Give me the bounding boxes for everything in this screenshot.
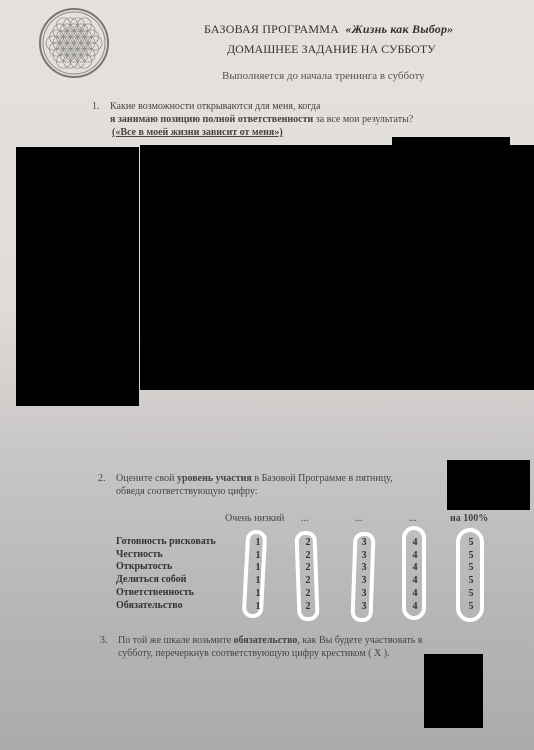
redaction-block bbox=[140, 145, 534, 390]
question-2-line-1: Оцените свой уровень участия в Базовой П… bbox=[116, 472, 393, 485]
scale-header-low: Очень низкий bbox=[225, 513, 284, 524]
redaction-block bbox=[16, 147, 139, 406]
scale-header-dots: ... bbox=[409, 513, 417, 524]
question-3-line-1: По той же шкале возьмите обязательство, … bbox=[118, 634, 423, 647]
redaction-block bbox=[447, 460, 530, 510]
question-3-line-2: субботу, перечеркнув соответствующую циф… bbox=[118, 647, 423, 660]
rating-column-2[interactable]: 222222 bbox=[302, 537, 314, 613]
rating-labels: Готовность рисковать Честность Открытост… bbox=[116, 536, 216, 612]
rating-column-4[interactable]: 444444 bbox=[409, 537, 421, 613]
scale-header-dots: ... bbox=[355, 513, 363, 524]
redaction-block bbox=[392, 137, 510, 167]
rating-label: Честность bbox=[116, 549, 216, 562]
question-2-line-2: обведя соответствующую цифру: bbox=[116, 485, 393, 498]
rating-column-1[interactable]: 111111 bbox=[252, 537, 264, 613]
question-1-line-2: я занимаю позицию полной ответственности… bbox=[110, 113, 413, 126]
rating-label: Обязательство bbox=[116, 600, 216, 613]
scale-header-dots: ... bbox=[301, 513, 309, 524]
scale-header-high: на 100% bbox=[450, 513, 488, 524]
question-1-line-1: Какие возможности открываются для меня, … bbox=[110, 100, 413, 113]
question-1-quote: («Все в моей жизни зависит от меня») bbox=[110, 126, 413, 139]
rating-label: Ответственность bbox=[116, 587, 216, 600]
rating-column-3[interactable]: 333333 bbox=[358, 537, 370, 613]
rating-label: Открытость bbox=[116, 561, 216, 574]
flower-of-life-icon bbox=[38, 7, 110, 79]
redaction-block bbox=[424, 654, 483, 728]
rating-label: Делиться собой bbox=[116, 574, 216, 587]
subtitle: Выполняется до начала тренинга в субботу bbox=[222, 70, 425, 82]
assignment-title: ДОМАШНЕЕ ЗАДАНИЕ НА СУББОТУ bbox=[227, 42, 436, 57]
rating-column-5[interactable]: 555555 bbox=[465, 537, 477, 613]
rating-label: Готовность рисковать bbox=[116, 536, 216, 549]
